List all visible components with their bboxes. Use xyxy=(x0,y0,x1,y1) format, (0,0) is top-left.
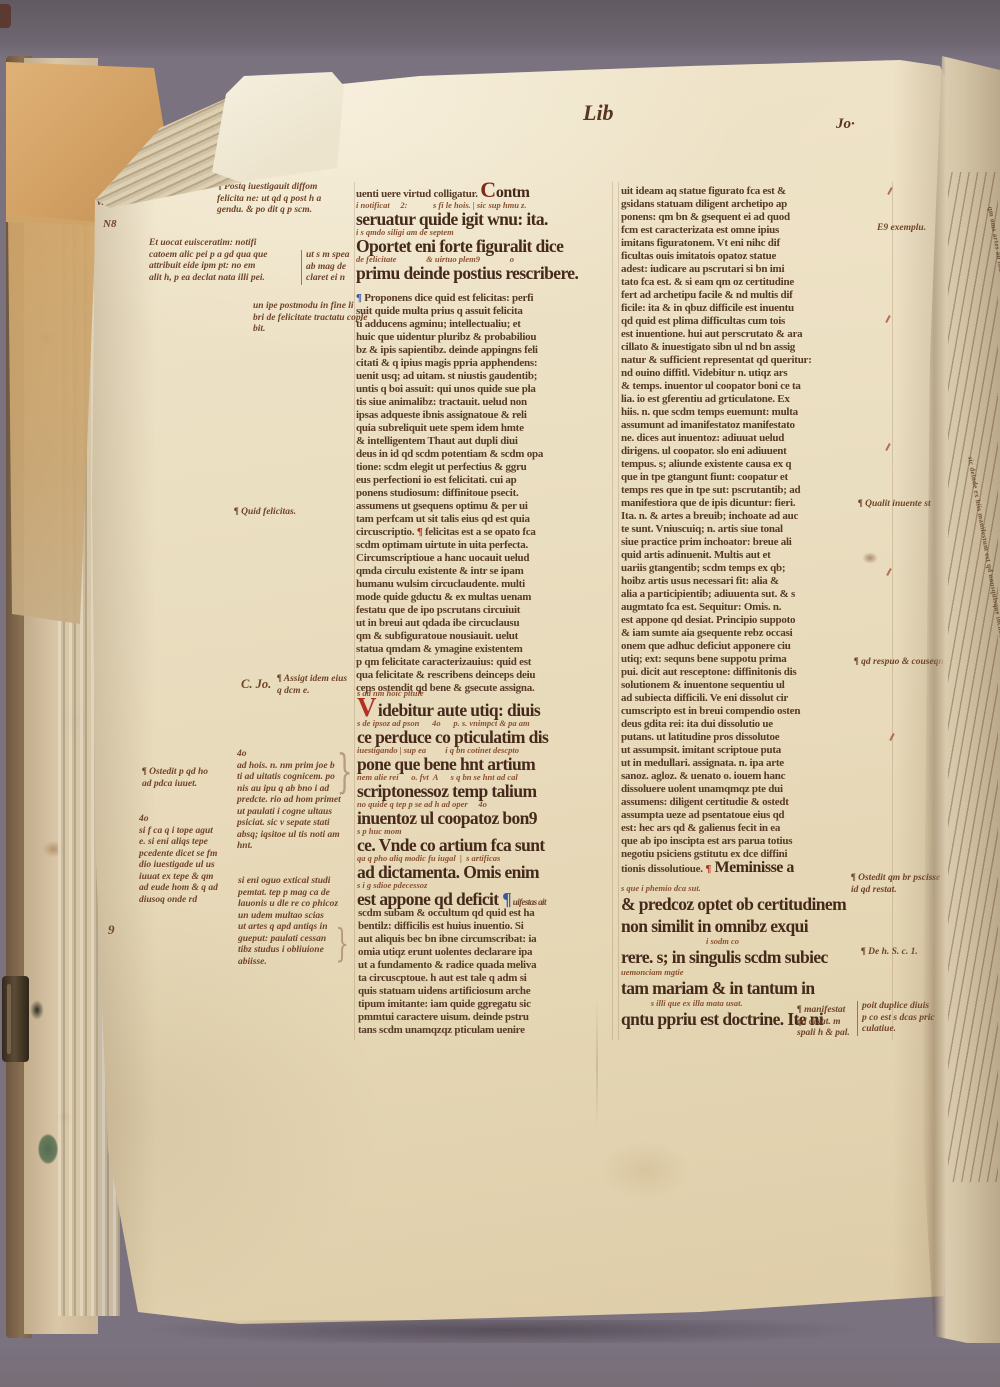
text-line: pmmtui caractere uisum. deinde pstru xyxy=(358,1011,614,1024)
text-line: aut aliquis bec bn ibne circumscribat: i… xyxy=(358,933,614,946)
margin-note-quid-felicitas: ¶ Quid felicitas. xyxy=(234,507,296,519)
binding-corner-mark xyxy=(0,4,11,28)
text-line: ut paulati i cogne ultaus xyxy=(237,807,341,819)
text-line: citati & q ipius magis ppria apphendens: xyxy=(356,357,612,370)
margin-note-et-uocat: Et uocat euisceratim: notificatoem alic … xyxy=(149,238,267,284)
green-stain xyxy=(38,1134,58,1164)
margin-brace: } xyxy=(337,748,353,794)
text-line: & iam sumte aia gsequente rebz occasi xyxy=(621,627,893,640)
text-line: seruatur quide igit wnu: ita. xyxy=(356,210,612,228)
text-line: ce perduce co pticulatim dis xyxy=(357,728,615,746)
text-line: i sodm co xyxy=(621,937,899,946)
text-line: & temps. inuentor ul coopator boni ce ta xyxy=(621,380,893,393)
background-shadow-bottom xyxy=(0,1343,1000,1387)
text-line: un udem multao scias xyxy=(238,911,338,923)
text-line: huic que uidentur pluribz & probabiliou xyxy=(356,331,612,344)
text-line: bz & ipis sapientibz. deinde appingns fe… xyxy=(356,344,612,357)
margin-brace: } xyxy=(335,920,348,966)
text-line: deus gdita rei: ita dui dissolutio ue xyxy=(621,718,893,731)
column-2-body: uit ideam aq statue figurato fca est &gs… xyxy=(621,185,893,876)
text-line: tam perfcam ut sit talis eius qd est qui… xyxy=(356,513,612,526)
text-line: nd ouino diffitl. Videbitur n. utiqz ars xyxy=(621,367,893,380)
text-line: bit. xyxy=(253,324,368,336)
text-line: Ita. n. & artes a breuib; inchoate ad au… xyxy=(621,510,893,523)
text-line: onem que adhuc deficiut apponere ciu xyxy=(621,640,893,653)
margin-note-assignat: ¶ Assigt idem eiusq dcm e. xyxy=(277,674,347,697)
text-line: q dcm e. xyxy=(277,686,347,698)
text-line: ad hois. n. nm prim joe b xyxy=(237,761,341,773)
text-line: psiciat. sic v sepate stati xyxy=(237,818,341,830)
text-line: deus in id qd scdm potentiam & scdm opa xyxy=(356,448,612,461)
text-line: uenti uere virtud colligatur. Contm xyxy=(356,183,612,201)
text-line: que ab ipo inscipta est ars parua totius xyxy=(621,835,893,848)
text-line: alia a participientib; adiuuenta sut. & … xyxy=(621,588,893,601)
text-line: natur & sufficient representat qd querit… xyxy=(621,354,893,367)
text-line: primu deinde postius rescribere. xyxy=(356,264,612,282)
ruling-line xyxy=(618,182,619,1040)
text-line: ut in breui aut qdada ibe circuclausu xyxy=(356,617,612,630)
text-line: ponens studiosum: diffinitoue psecit. xyxy=(356,487,612,500)
text-line: sanoz. agloz. & uenato o. iouem hanc xyxy=(621,770,893,783)
margin-note-postquam: ¶ Postq iuestigauit diffomfelicita ne: u… xyxy=(217,182,321,217)
margin-note-si-eni: si eni oguo extical studipemtat. tep p m… xyxy=(238,876,338,968)
text-line: tam mariam & in tantum in xyxy=(621,977,899,999)
text-line: ad dictamenta. Omis enim xyxy=(357,863,615,881)
text-line: est inuentione. hui aut perscrutato & ar… xyxy=(621,328,893,341)
text-line: temps res que in tpe sut: pscrutantib; a… xyxy=(621,484,893,497)
text-line: pemtat. tep p mag ca de xyxy=(238,888,338,900)
text-line: ta circuscptoue. h aut est tale q adm si xyxy=(358,972,614,985)
text-line: rere. s; in singulis scdm subiec xyxy=(621,946,899,968)
column-1-body: ¶ Proponens dice quid est felicitas: per… xyxy=(356,292,612,695)
text-line: circuscriptio. ¶ felicitas est a se opat… xyxy=(356,526,612,539)
text-line: qmda circulu existente & intr se ipam xyxy=(356,565,612,578)
margin-note-ad-hois: 4oad hois. n. nm prim joe bti ad uitatis… xyxy=(237,749,341,853)
text-line: qm & subfiguratoue nousiauit. uelut xyxy=(356,630,612,643)
text-line: p qm felicitate caracterizauius: quid es… xyxy=(356,656,612,669)
text-line: scdm subam & occultum qd quid est ha xyxy=(358,907,614,920)
text-line: ¶ Assigt idem eius xyxy=(277,674,347,686)
text-line: alit h, p ea declat nata illi pei. xyxy=(149,273,267,285)
text-line: ¶ manifestat xyxy=(797,1005,850,1017)
page-recto: e ·C· Lib Jo· v. N8 9 uenti uere virtud … xyxy=(0,0,1000,1387)
margin-note-ostendit: ¶ Ostedit p qd hoad pdca iuuet. xyxy=(142,767,208,790)
text-line: putans. ut latitudine pros dissolutoe xyxy=(621,731,893,744)
text-line: felicita ne: ut qd q post h a xyxy=(217,194,321,206)
text-line: ¶ Proponens dice quid est felicitas: per… xyxy=(356,292,612,305)
text-line: Oportet eni forte figuralit dice xyxy=(356,237,612,255)
text-line: utiq; ext: sequns bene suppotu prima xyxy=(621,653,893,666)
margin-note-ponit-duplicem: poit duplice diuisp co est s dcas priccu… xyxy=(857,1001,935,1036)
clasp-highlight xyxy=(7,984,11,1054)
text-line: si f ca q i tope agut xyxy=(139,826,218,838)
text-line: ficultas ouis imitatois opatoz statue xyxy=(621,250,893,263)
text-line: te sunt. Vniuscuiq; n. artis siue tonal xyxy=(621,523,893,536)
text-line: est appone qd desiat. Principio suppoto xyxy=(621,614,893,627)
text-line: C. Jo. xyxy=(241,679,271,691)
text-line: ut in medullari. assignata. n. ipa arte xyxy=(621,757,893,770)
text-line: mode quide gductu & ex multas uenam xyxy=(356,591,612,604)
parchment-discoloration xyxy=(600,1140,690,1200)
text-line: ¶ Ostedit p qd ho xyxy=(142,767,208,779)
text-line: gendu. & po dit q p scm. xyxy=(217,205,321,217)
text-line: e. si eni aliqs tepe xyxy=(139,837,218,849)
text-line: ut assumpsit. imitant scriptoue puta xyxy=(621,744,893,757)
text-line: ut s m spea xyxy=(306,250,350,262)
text-line: adest: iudicare au pscrutari si bn imi xyxy=(621,263,893,276)
text-line: ponens: qm bn & gsequent ei ad quod xyxy=(621,211,893,224)
text-line: 4o xyxy=(139,814,218,826)
text-line: iuuat ex tepe & qm xyxy=(139,872,218,884)
background-shadow-top xyxy=(0,0,1000,58)
text-line: & intelligentem Thaut aut dupli diui xyxy=(356,435,612,448)
text-line: catoem alic pei p a gd qua que xyxy=(149,250,267,262)
text-line: bentilz: difficilis est huius inuentio. … xyxy=(358,920,614,933)
text-line: solutionem & inuentone sequentiu ul xyxy=(621,679,893,692)
text-line: suit quide multa prius q assuit felicita xyxy=(356,305,612,318)
column-1-display-section: s ad nm hoic pttuleVidebitur aute utiq: … xyxy=(357,689,615,911)
text-line: ¶ Qualit inuente st xyxy=(858,499,931,511)
margin-note-c-jo: C. Jo. xyxy=(241,679,271,691)
text-line: s ad nm hoic pttule xyxy=(357,689,615,698)
text-line: ti ad uitatis cognicem. po xyxy=(237,772,341,784)
text-line: que in tpe gtangunt fiunt: coopatur et xyxy=(621,471,893,484)
metal-clasp xyxy=(2,976,29,1062)
text-line: spali h & pal. xyxy=(797,1028,850,1040)
text-line: qd dixat. m xyxy=(797,1017,850,1029)
text-line: hnt. xyxy=(237,841,341,853)
text-line: absq; iqsitoe ul tis noti am xyxy=(237,830,341,842)
text-line: uemonciam mgtie xyxy=(621,968,899,977)
text-line: ficile: ita & in qbuz difficile est inue… xyxy=(621,302,893,315)
text-line: tans scdm unamqzqz pticulam uenire xyxy=(358,1024,614,1037)
text-line: non similit in omnibz exqui xyxy=(621,915,899,937)
text-line: fert ad archetipu facile & nd multis dif xyxy=(621,289,893,302)
edge-mark-nine: 9 xyxy=(108,924,115,935)
text-line: siue practice prim inchoator: breue ali xyxy=(621,536,893,549)
margin-note-de-h: ¶ De h. S. c. 1. xyxy=(861,947,918,959)
text-line: ut artes q apd antiqs in xyxy=(238,922,338,934)
text-line: lauonis u dle re co phicoz xyxy=(238,899,338,911)
text-line: E9 exemplu. xyxy=(877,223,926,235)
text-line: augmtato fca est. Sequitur: Omis. n. xyxy=(621,601,893,614)
margin-note-manifestat: ¶ manifestatqd dixat. mspali h & pal. xyxy=(797,1005,850,1040)
text-line: assumpta ueze ad psentatoue eius qd xyxy=(621,809,893,822)
text-line: qua felicitate & rescribens deinceps dei… xyxy=(356,669,612,682)
text-line: cumscripto est in breui compendio osten xyxy=(621,705,893,718)
text-line: untis q boi assuit: qui unos quide sue p… xyxy=(356,383,612,396)
text-line: omia utiqz erunt uolentes declarare ipa xyxy=(358,946,614,959)
text-line: tis siue animalibz: tractauit. uelud non xyxy=(356,396,612,409)
margin-note-ut-spea: ut s m speaab mag declaret ei n xyxy=(301,250,350,285)
text-line: ad eude hom & q ad xyxy=(139,883,218,895)
text-line: assumunt ad imanifestatoz manifestato xyxy=(621,419,893,432)
text-line: hoibz artis usus necessari fit: alia & xyxy=(621,575,893,588)
text-line: pcedente dicet se fm xyxy=(139,849,218,861)
text-line: lia. io est gferentiu ad grticulatone. E… xyxy=(621,393,893,406)
text-line: tato fca est. & si eam qm oz certitudine xyxy=(621,276,893,289)
text-line: 4o xyxy=(237,749,341,761)
text-line: predcte. rio ad hom primet xyxy=(237,795,341,807)
text-line: diusoq onde rd xyxy=(139,895,218,907)
text-line: pui. dicit aut resceptone: diffinitonis … xyxy=(621,666,893,679)
text-line: imitans figuratonem. Vt eni nihc dif xyxy=(621,237,893,250)
text-line: tione: scdm elegit ut perfectius & ggru xyxy=(356,461,612,474)
ruling-line xyxy=(892,182,893,1040)
column-1-opening: uenti uere virtud colligatur. Contmi not… xyxy=(356,183,612,282)
text-line: abiisse. xyxy=(238,957,338,969)
text-line: ut a fundamento & radice quada meliva xyxy=(358,959,614,972)
text-line: Circumscriptioue a hanc uocauit uelud xyxy=(356,552,612,565)
text-line: assumens ut gsequens optimu & per ui xyxy=(356,500,612,513)
text-line: humanu wulsim circuclaudente. multi xyxy=(356,578,612,591)
folio-number: Jo· xyxy=(836,117,855,132)
text-line: scdm optimam uirtute in uita perfecta. xyxy=(356,539,612,552)
text-line: bri de felicitate tractatu cople xyxy=(253,313,368,325)
text-line: festatu que de ipo pscrutans circuiuit xyxy=(356,604,612,617)
text-line: nis au ipu q ab bno i ad xyxy=(237,784,341,796)
curl-text-texture xyxy=(948,172,998,1182)
text-line: statua qmdam & ymagine existentem xyxy=(356,643,612,656)
text-line: attribuit eide ipm pt: no em xyxy=(149,261,267,273)
text-line: qd quid est plima difficultas cum tois xyxy=(621,315,893,328)
text-line: quis statuam uidens artificiosum arche xyxy=(358,985,614,998)
text-line: Et uocat euisceratim: notifi xyxy=(149,238,267,250)
text-line: ad pdca iuuet. xyxy=(142,779,208,791)
text-line: un ipe postmodu in fine li xyxy=(253,301,368,313)
text-line: & predcoz optet ob certitudinem xyxy=(621,893,899,915)
text-line: gsidans statuam diligent archetipo ap xyxy=(621,198,893,211)
text-line: fcm est caracterizata est omne ipius xyxy=(621,224,893,237)
text-line: dissoluere uolent unamqmqz pte dui xyxy=(621,783,893,796)
text-line: tibz studus i obliuione xyxy=(238,945,338,957)
margin-note-postmodum: un ipe postmodu in fine libri de felicit… xyxy=(253,301,368,336)
margin-note-qualiter: ¶ Qualit inuente st xyxy=(858,499,931,511)
text-line: eus perfectioni io est felicitati. cui a… xyxy=(356,474,612,487)
text-line: uenit usq; ad uitam. st niustis gaudenti… xyxy=(356,370,612,383)
text-line: quia subreliquit uete spem idem hmte xyxy=(356,422,612,435)
text-line: hiis. n. que scdm temps euemunt: multa xyxy=(621,406,893,419)
text-line: gueput: paulati cessan xyxy=(238,934,338,946)
text-line: ne. dices aut inuentoz: adiuuat uelud xyxy=(621,432,893,445)
text-line: uit ideam aq statue figurato fca est & xyxy=(621,185,893,198)
text-line: ¶ Quid felicitas. xyxy=(234,507,296,519)
text-line: dirigens. ul coopator. slo eni adiuuent xyxy=(621,445,893,458)
text-line: dio iuestigade ul us xyxy=(139,860,218,872)
text-line: scriptonessoz temp talium xyxy=(357,782,615,800)
text-line: ¶ De h. S. c. 1. xyxy=(861,947,918,959)
text-line: ce. Vnde co artium fca sunt xyxy=(357,836,615,854)
text-line: tipum imitante: iam quide ggregatu sic xyxy=(358,998,614,1011)
quire-signature: N8 xyxy=(103,219,116,230)
text-line: inuentoz ul coopatoz bon9 xyxy=(357,809,615,827)
text-line: pone que bene hnt artium xyxy=(357,755,615,773)
text-line: ipsas adqueste ibnis assignatoue & reli xyxy=(356,409,612,422)
running-title: Lib xyxy=(583,102,614,124)
text-line: quid artis adinuenit. Multis aut et xyxy=(621,549,893,562)
text-line: si eni oguo extical studi xyxy=(238,876,338,888)
text-line: ad subiecta difficili. Ve eni dissolut c… xyxy=(621,692,893,705)
text-line: assumens: diligent certitudie & ostedt xyxy=(621,796,893,809)
text-line: tempus. s; aliunde existente causa ex q xyxy=(621,458,893,471)
column-1-body2: scdm subam & occultum qd quid est habent… xyxy=(358,907,614,1037)
text-line: ti adducens agminu; intellectualiu; et xyxy=(356,318,612,331)
manuscript-photo: e ·C· Lib Jo· v. N8 9 uenti uere virtud … xyxy=(0,0,1000,1387)
text-line: est: hec ars qd & galienus fecit in ea xyxy=(621,822,893,835)
text-line: ab mag de xyxy=(306,262,350,274)
margin-note-si-fca: 4osi f ca q i tope agute. si eni aliqs t… xyxy=(139,814,218,906)
dark-stain xyxy=(30,1000,44,1020)
underlying-page-corner xyxy=(210,70,348,184)
text-line: uariis gtangentib; scdm temps ex qb; xyxy=(621,562,893,575)
text-line: Videbitur aute utiq: diuis xyxy=(357,698,615,719)
margin-note-exemplum: E9 exemplu. xyxy=(877,223,926,235)
text-line: cillato & inuestigato sibn ul nd bn assi… xyxy=(621,341,893,354)
text-line: manifestiora que de ipis dicuntur: fieri… xyxy=(621,497,893,510)
text-line: claret ei n xyxy=(306,273,350,285)
